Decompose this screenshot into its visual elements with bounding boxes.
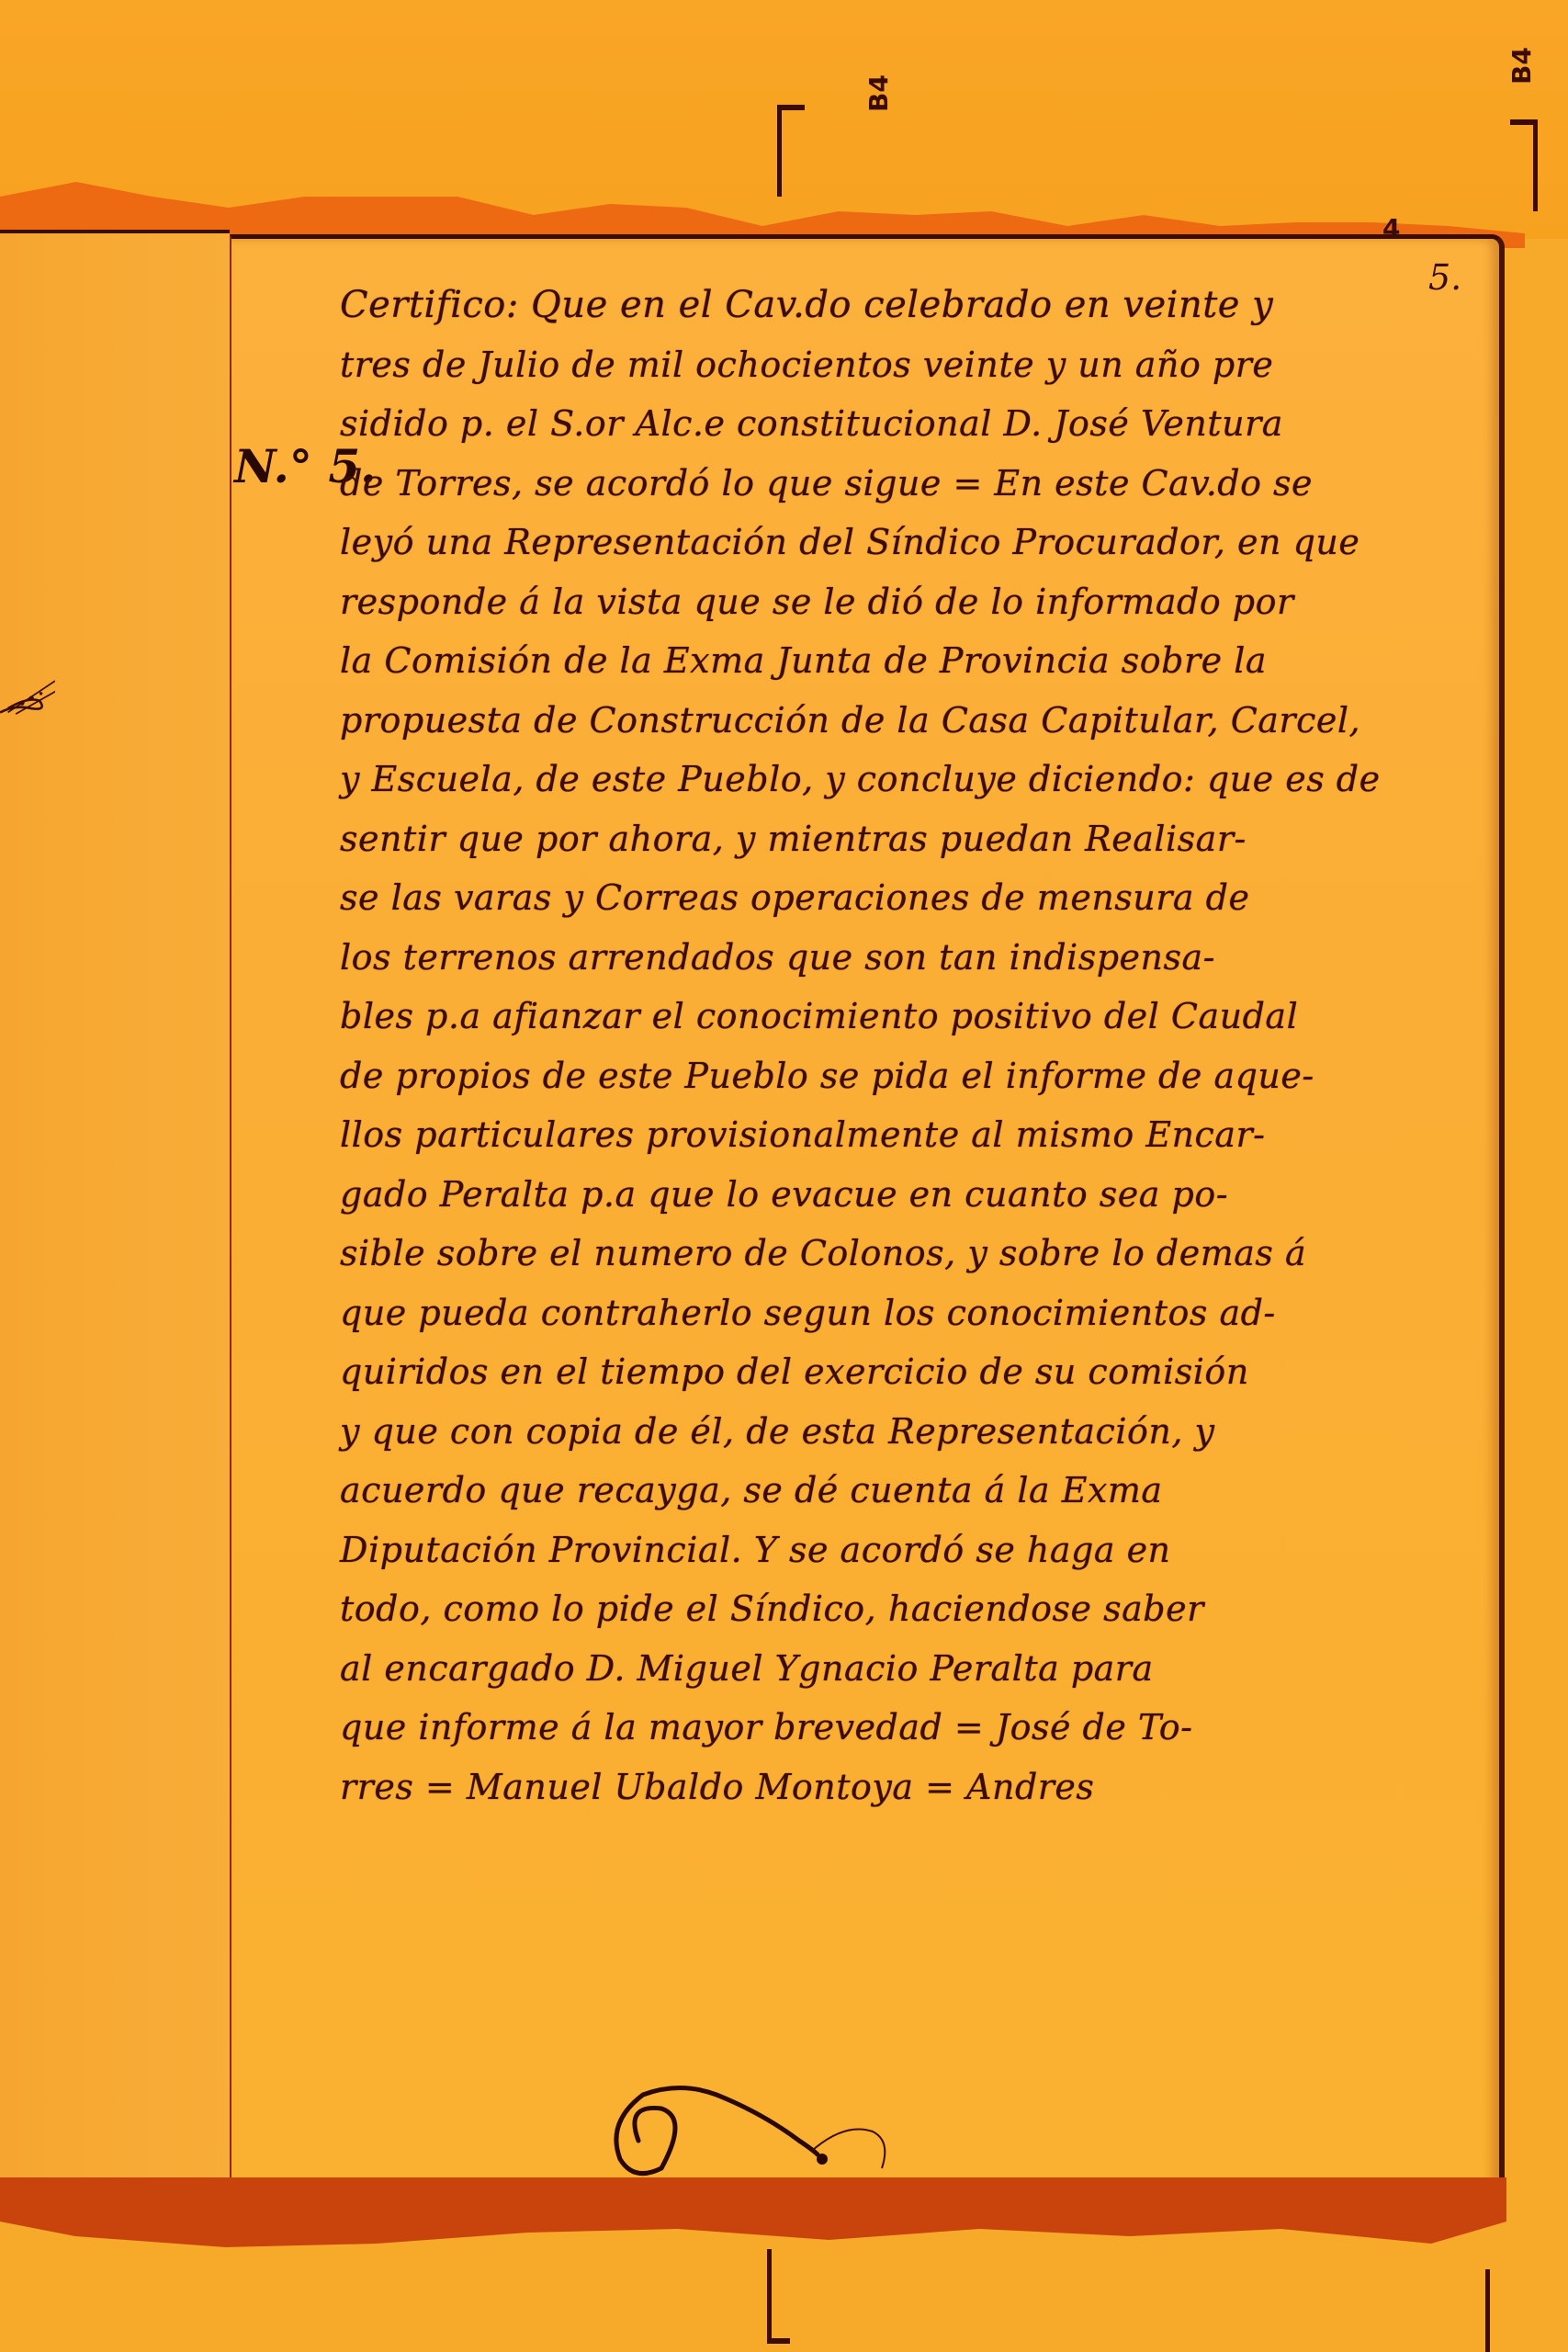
text-line: los terrenos arrendados que son tan indi… xyxy=(340,928,1488,988)
crop-mark-top-left-vertical xyxy=(777,105,782,197)
crop-mark-bottom-right-vertical xyxy=(1485,2269,1490,2352)
text-line: gado Peralta p.a que lo evacue en cuanto… xyxy=(340,1165,1488,1225)
text-line: todo, como lo pide el Síndico, haciendos… xyxy=(340,1579,1488,1639)
left-facing-page xyxy=(0,230,230,2209)
text-line: quiridos en el tiempo del exercicio de s… xyxy=(340,1342,1488,1402)
corner-mark: 4 xyxy=(1382,213,1400,243)
crop-mark-top-left-horizontal xyxy=(777,105,805,110)
crop-label-top-left: B4 xyxy=(863,74,894,112)
text-line: de propios de este Pueblo se pida el inf… xyxy=(340,1046,1488,1106)
text-line: llos particulares provisionalmente al mi… xyxy=(340,1105,1488,1165)
text-line: Certifico: Que en el Cav.do celebrado en… xyxy=(340,276,1488,335)
text-line: Diputación Provincial. Y se acordó se ha… xyxy=(340,1521,1488,1580)
text-line: al encargado D. Miguel Ygnacio Peralta p… xyxy=(340,1639,1488,1699)
text-line: que pueda contraherlo segun los conocimi… xyxy=(340,1283,1488,1343)
crop-mark-top-right-horizontal xyxy=(1510,119,1538,125)
left-page-flourish-icon xyxy=(0,665,55,720)
text-line: responde á la vista que se le dió de lo … xyxy=(340,572,1488,632)
crop-mark-bottom-left-vertical xyxy=(767,2249,772,2341)
manuscript-text: Certifico: Que en el Cav.do celebrado en… xyxy=(340,276,1488,1816)
text-line: leyó una Representación del Síndico Proc… xyxy=(340,513,1488,572)
crop-mark-bottom-left-horizontal xyxy=(767,2338,790,2344)
crop-mark-top-right-vertical xyxy=(1533,119,1538,211)
text-line: bles p.a afianzar el conocimiento positi… xyxy=(340,987,1488,1046)
page-bottom-shadow xyxy=(0,2177,1506,2251)
text-line: rres = Manuel Ubaldo Montoya = Andres xyxy=(340,1758,1488,1817)
text-line: sible sobre el numero de Colonos, y sobr… xyxy=(340,1224,1488,1283)
text-line: propuesta de Construcción de la Casa Cap… xyxy=(340,691,1488,751)
text-line: que informe á la mayor brevedad = José d… xyxy=(340,1698,1488,1758)
scanner-background xyxy=(0,0,1568,239)
text-line: y que con copia de él, de esta Represent… xyxy=(340,1402,1488,1462)
crop-label-top-right: B4 xyxy=(1506,47,1537,85)
text-line: de Torres, se acordó lo que sigue = En e… xyxy=(340,454,1488,514)
text-line: sidido p. el S.or Alc.e constitucional D… xyxy=(340,394,1488,454)
text-line: se las varas y Correas operaciones de me… xyxy=(340,868,1488,928)
text-line: la Comisión de la Exma Junta de Provinci… xyxy=(340,631,1488,691)
closing-flourish-icon xyxy=(551,2067,937,2196)
text-line: acuerdo que recayga, se dé cuenta á la E… xyxy=(340,1461,1488,1521)
text-line: sentir que por ahora, y mientras puedan … xyxy=(340,809,1488,869)
text-line: tres de Julio de mil ochocientos veinte … xyxy=(340,335,1488,395)
text-line: y Escuela, de este Pueblo, y concluye di… xyxy=(340,750,1488,809)
